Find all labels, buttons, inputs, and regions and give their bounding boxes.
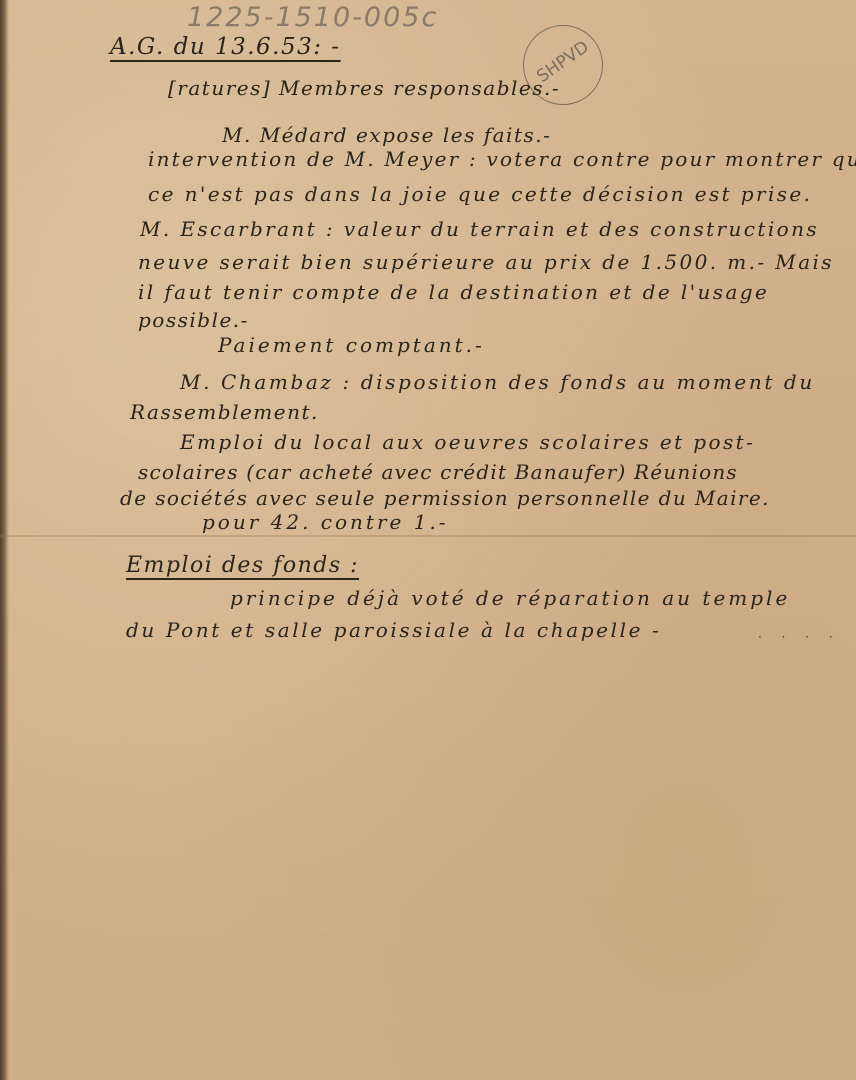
section-heading-funds: Emploi des fonds : <box>126 553 359 578</box>
line-medard: M. Médard expose les faits.- <box>222 123 551 147</box>
line-possible: possible.- <box>138 308 249 332</box>
paper-fold-line <box>0 535 856 537</box>
line-principle: principe déjà voté de réparation au temp… <box>230 586 790 610</box>
line-chapel: du Pont et salle paroissiale à la chapel… <box>126 618 661 642</box>
line-members-responsible: [ratures] Membres responsables.- <box>168 76 560 100</box>
line-credit: scolaires (car acheté avec crédit Banauf… <box>138 460 738 484</box>
line-vote-result: pour 42. contre 1.- <box>202 510 449 534</box>
archive-reference: 1225-1510-005c <box>187 2 438 33</box>
ink-specks: · · · · <box>758 630 841 644</box>
line-destination: il faut tenir compte de la destination e… <box>138 280 769 304</box>
line-local-usage: Emploi du local aux oeuvres scolaires et… <box>180 430 755 454</box>
line-chambaz: M. Chambaz : disposition des fonds au mo… <box>180 370 815 394</box>
line-payment: Paiement comptant.- <box>218 333 485 357</box>
line-societies: de sociétés avec seule permission person… <box>120 486 770 510</box>
line-rassemblement: Rassemblement. <box>130 400 319 424</box>
line-escarbrant: M. Escarbrant : valeur du terrain et des… <box>140 217 819 241</box>
line-meyer-intervention: intervention de M. Meyer : votera contre… <box>148 147 856 171</box>
line-decision: ce n'est pas dans la joie que cette déci… <box>148 182 812 206</box>
handwritten-minutes-page: 1225-1510-005c SHPVD A.G. du 13.6.53: - … <box>0 0 856 1080</box>
line-value: neuve serait bien supérieure au prix de … <box>138 250 834 274</box>
meeting-header: A.G. du 13.6.53: - <box>110 34 341 60</box>
paper-left-edge <box>0 0 9 1080</box>
